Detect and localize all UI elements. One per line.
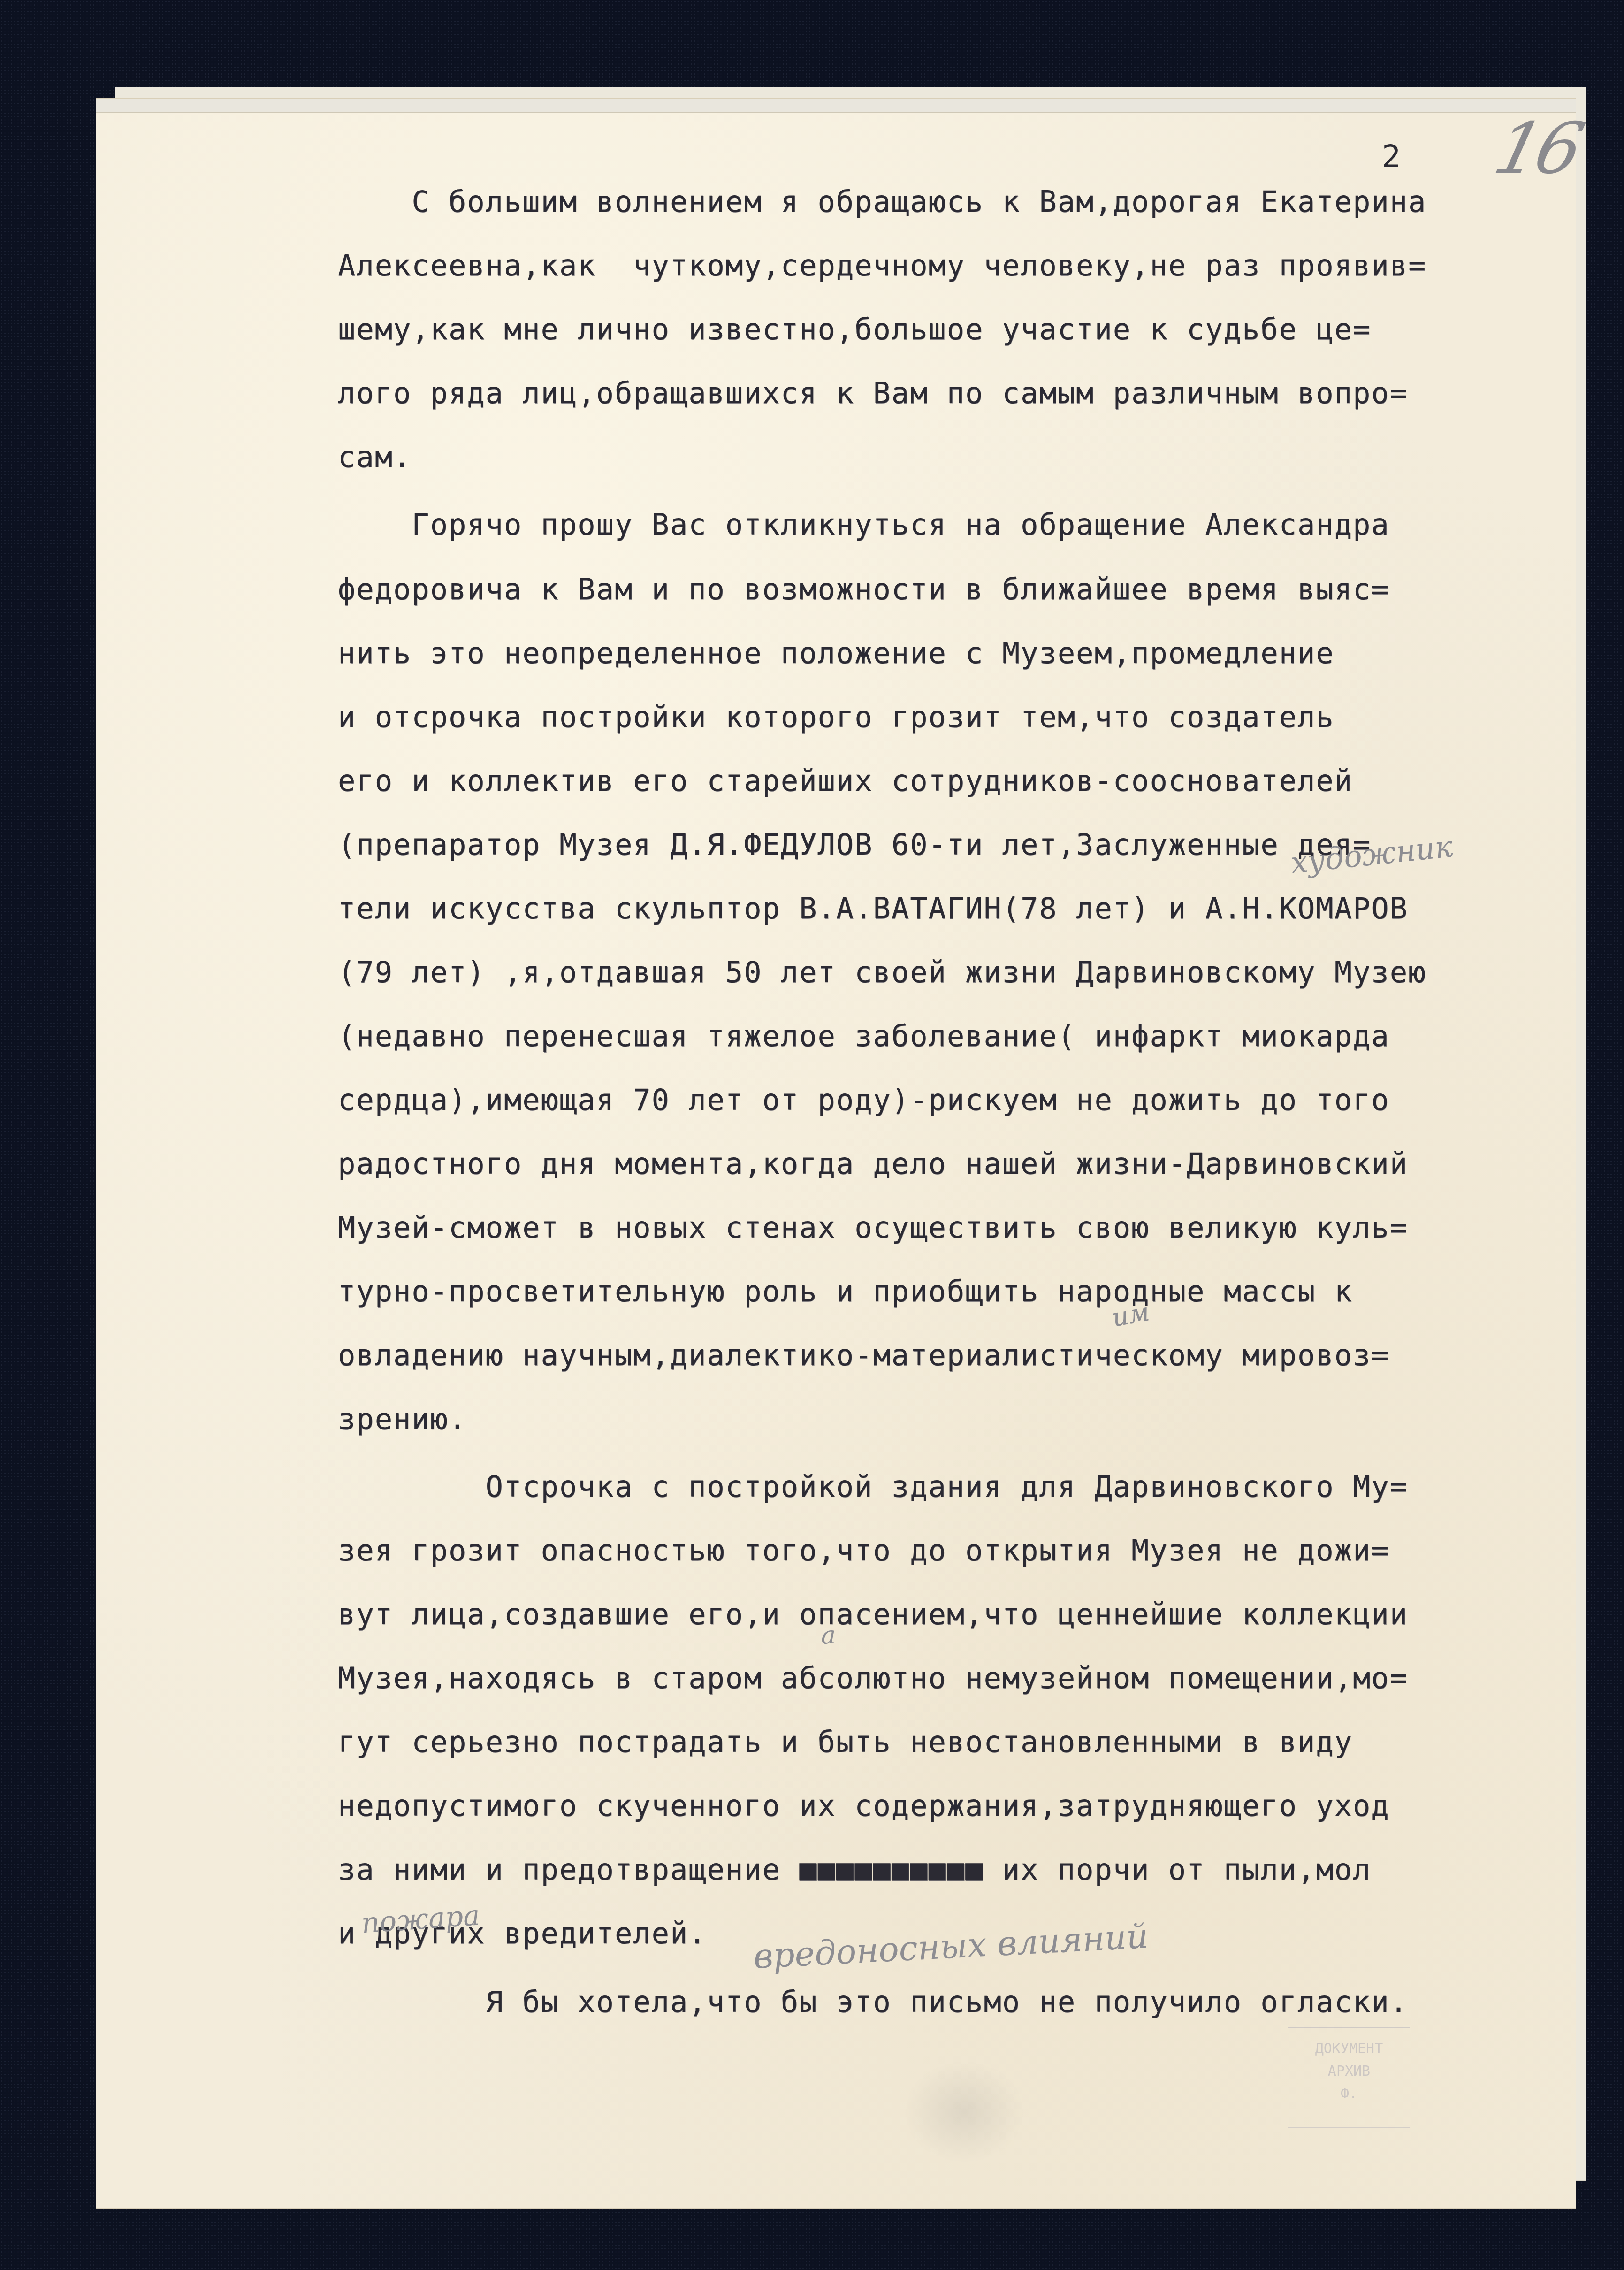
text-line: шему,как мне лично известно,большое учас… [338,311,1371,348]
text-line: овладению научным,диалектико-материалист… [338,1337,1390,1374]
text-line: его и коллектив его старейших сотруднико… [338,762,1353,800]
text-line: зрению. [338,1400,467,1438]
text-line: за ними и предотвращение ■■■■■■■■■■ их п… [338,1851,1371,1888]
document-page: 2 16 С большим волнением я обращаюсь к В… [96,99,1576,2208]
archive-stamp-faded: ДОКУМЕНТ АРХИВ Ф. [1288,2027,1410,2128]
text-line: недопустимого скученного их содержания,з… [338,1787,1390,1825]
text-line: федоровича к Вам и по возможности в ближ… [338,571,1390,608]
text-line: вут лица,создавшие его,и опасением,что ц… [338,1596,1408,1633]
text-line: С большим волнением я обращаюсь к Вам,до… [338,183,1426,221]
text-line: тели искусства скульптор В.А.ВАТАГИН(78 … [338,890,1408,927]
text-line: сердца),имеющая 70 лет от роду)-рискуем … [338,1081,1390,1119]
text-line: (79 лет) ,я,отдавшая 50 лет своей жизни … [338,954,1426,991]
text-line: лого ряда лиц,обращавшихся к Вам по самы… [338,375,1408,412]
stamp-line: Ф. [1288,2083,1410,2105]
handwritten-annotation-im: им [1110,1297,1151,1333]
text-line: (препаратор Музея Д.Я.ФЕДУЛОВ 60-ти лет,… [338,826,1371,864]
stamp-line: ДОКУМЕНТ [1288,2038,1410,2060]
text-line: сам. [338,438,412,476]
page-top-strip [96,99,1576,113]
text-line: Музея,находясь в старом абсолютно немузе… [338,1659,1408,1697]
text-line: радостного дня момента,когда дело нашей … [338,1145,1408,1183]
handwritten-annotation-a: а [821,1621,836,1650]
text-line: зея грозит опасностью того,что до открыт… [338,1532,1390,1569]
text-line: Отсрочка с постройкой здания для Дарвино… [338,1468,1408,1506]
text-line: гут серьезно пострадать и быть невостано… [338,1723,1353,1761]
text-line: Музей-сможет в новых стенах осуществить … [338,1209,1408,1246]
stamp-line: АРХИВ [1288,2060,1410,2083]
handwritten-annotation-harmful-influences: вредоносных влияний [752,1916,1149,1976]
text-line: Я бы хотела,что бы это письмо не получил… [338,1983,1408,2021]
page-number: 2 [1382,138,1401,175]
text-line: (недавно перенесшая тяжелое заболевание(… [338,1017,1390,1055]
text-line: и отсрочка постройки которого грозит тем… [338,698,1334,736]
ink-smudge [903,2060,1025,2163]
text-line: турно-просветительную роль и приобщить н… [338,1273,1353,1310]
text-line: Горячо прошу Вас откликнуться на обращен… [338,506,1390,543]
folio-number-handwritten: 16 [1487,108,1587,190]
text-line: нить это неопределенное положение с Музе… [338,634,1334,672]
text-line: Алексеевна,как чуткому,сердечному челове… [338,247,1426,284]
